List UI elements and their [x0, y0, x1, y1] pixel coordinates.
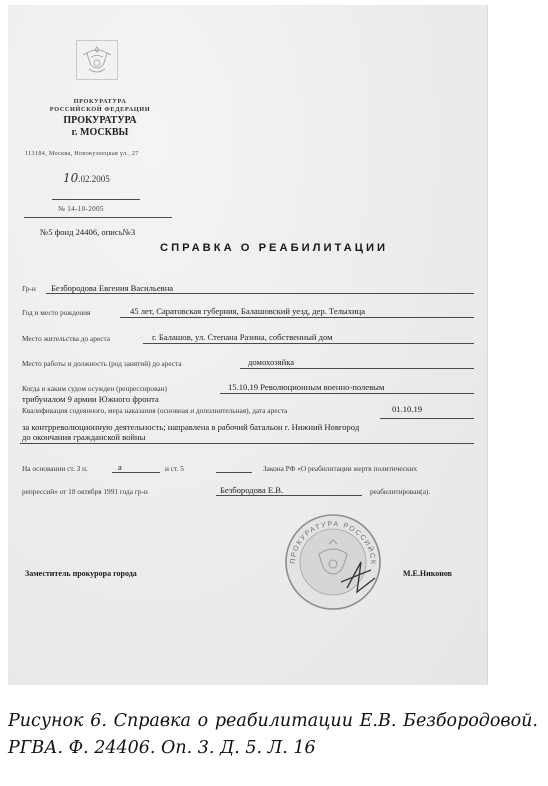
birth-label: Год и место рождения — [22, 308, 90, 317]
birth-underline — [120, 317, 474, 318]
article5-underline — [216, 472, 252, 473]
basis-text-4: репрессий» от 18 октября 1991 года гр-н — [22, 487, 148, 496]
point-value: а — [118, 462, 122, 472]
handwritten-day: 10 — [63, 171, 78, 185]
person-underline — [216, 495, 362, 496]
basis-text-5: реабилитирован(а). — [370, 487, 430, 496]
citizen-underline — [46, 293, 474, 294]
work-value: домохозяйка — [248, 357, 294, 367]
date-underline — [52, 199, 140, 200]
signer-name: М.Е.Никонов — [403, 569, 452, 578]
org-name-line1: ПРОКУРАТУРА — [0, 98, 200, 105]
sentence-line2: до окончания гражданской войны — [22, 432, 145, 442]
residence-value: г. Балашов, ул. Степана Разина, собствен… — [152, 332, 333, 342]
archive-reference: №5 фонд 24406, опись№3 — [40, 227, 135, 237]
coat-of-arms-icon — [76, 40, 118, 80]
court-value: 15.10.19 Революционным военно-полевым — [228, 382, 384, 392]
office-name-line2: г. МОСКВЫ — [0, 127, 200, 138]
document-number: № 14-10-2005 — [58, 205, 104, 213]
signer-position: Заместитель прокурора города — [25, 569, 137, 578]
residence-underline — [143, 343, 474, 344]
official-seal-stamp-icon: ПРОКУРАТУРА РОССИЙСКОЙ ФЕДЕРАЦИИ — [283, 512, 383, 612]
document-date: 10.02.2005 — [63, 171, 110, 185]
work-underline — [240, 368, 474, 369]
arrest-date-underline — [380, 418, 474, 419]
qualification-label: Квалификация содеянного, мера наказания … — [22, 406, 287, 415]
sentence-underline — [20, 443, 474, 444]
citizen-label: Гр-н — [22, 284, 36, 293]
arrest-date: 01.10.19 — [392, 404, 422, 414]
citizen-value: Безбородова Евгения Васильевна — [51, 283, 173, 293]
person-value: Безбородова Е.В. — [220, 485, 283, 495]
printed-month-year: .02.2005 — [78, 174, 110, 184]
residence-label: Место жительства до ареста — [22, 334, 110, 343]
number-underline — [24, 217, 172, 218]
court-underline — [220, 393, 474, 394]
office-address: 113184, Москва, Новокузнецкая ул., 27 — [25, 150, 139, 157]
figure-caption: Рисунок 6. Справка о реабилитации Е.В. Б… — [8, 708, 538, 762]
work-label: Место работы и должность (род занятий) д… — [22, 359, 182, 368]
basis-text-3: Закона РФ «О реабилитации жертв политиче… — [263, 464, 417, 473]
birth-value: 45 лет, Саратовская губерния, Балашовски… — [130, 306, 365, 316]
office-name-line1: ПРОКУРАТУРА — [0, 115, 200, 126]
org-name-line2: РОССИЙСКОЙ ФЕДЕРАЦИИ — [0, 106, 200, 113]
basis-text-1: На основании ст. 3 п. — [22, 464, 88, 473]
court-label: Когда и каким судом осужден (репрессиров… — [22, 384, 167, 393]
court-value-continued: трибуналом 9 армии Южного фронта — [22, 394, 159, 404]
basis-text-2: и ст. 5 — [165, 464, 184, 473]
sentence-line1: за контрреволюционную деятельность; напр… — [22, 422, 359, 432]
document-title: СПРАВКА О РЕАБИЛИТАЦИИ — [160, 242, 388, 254]
point-underline — [112, 472, 160, 473]
